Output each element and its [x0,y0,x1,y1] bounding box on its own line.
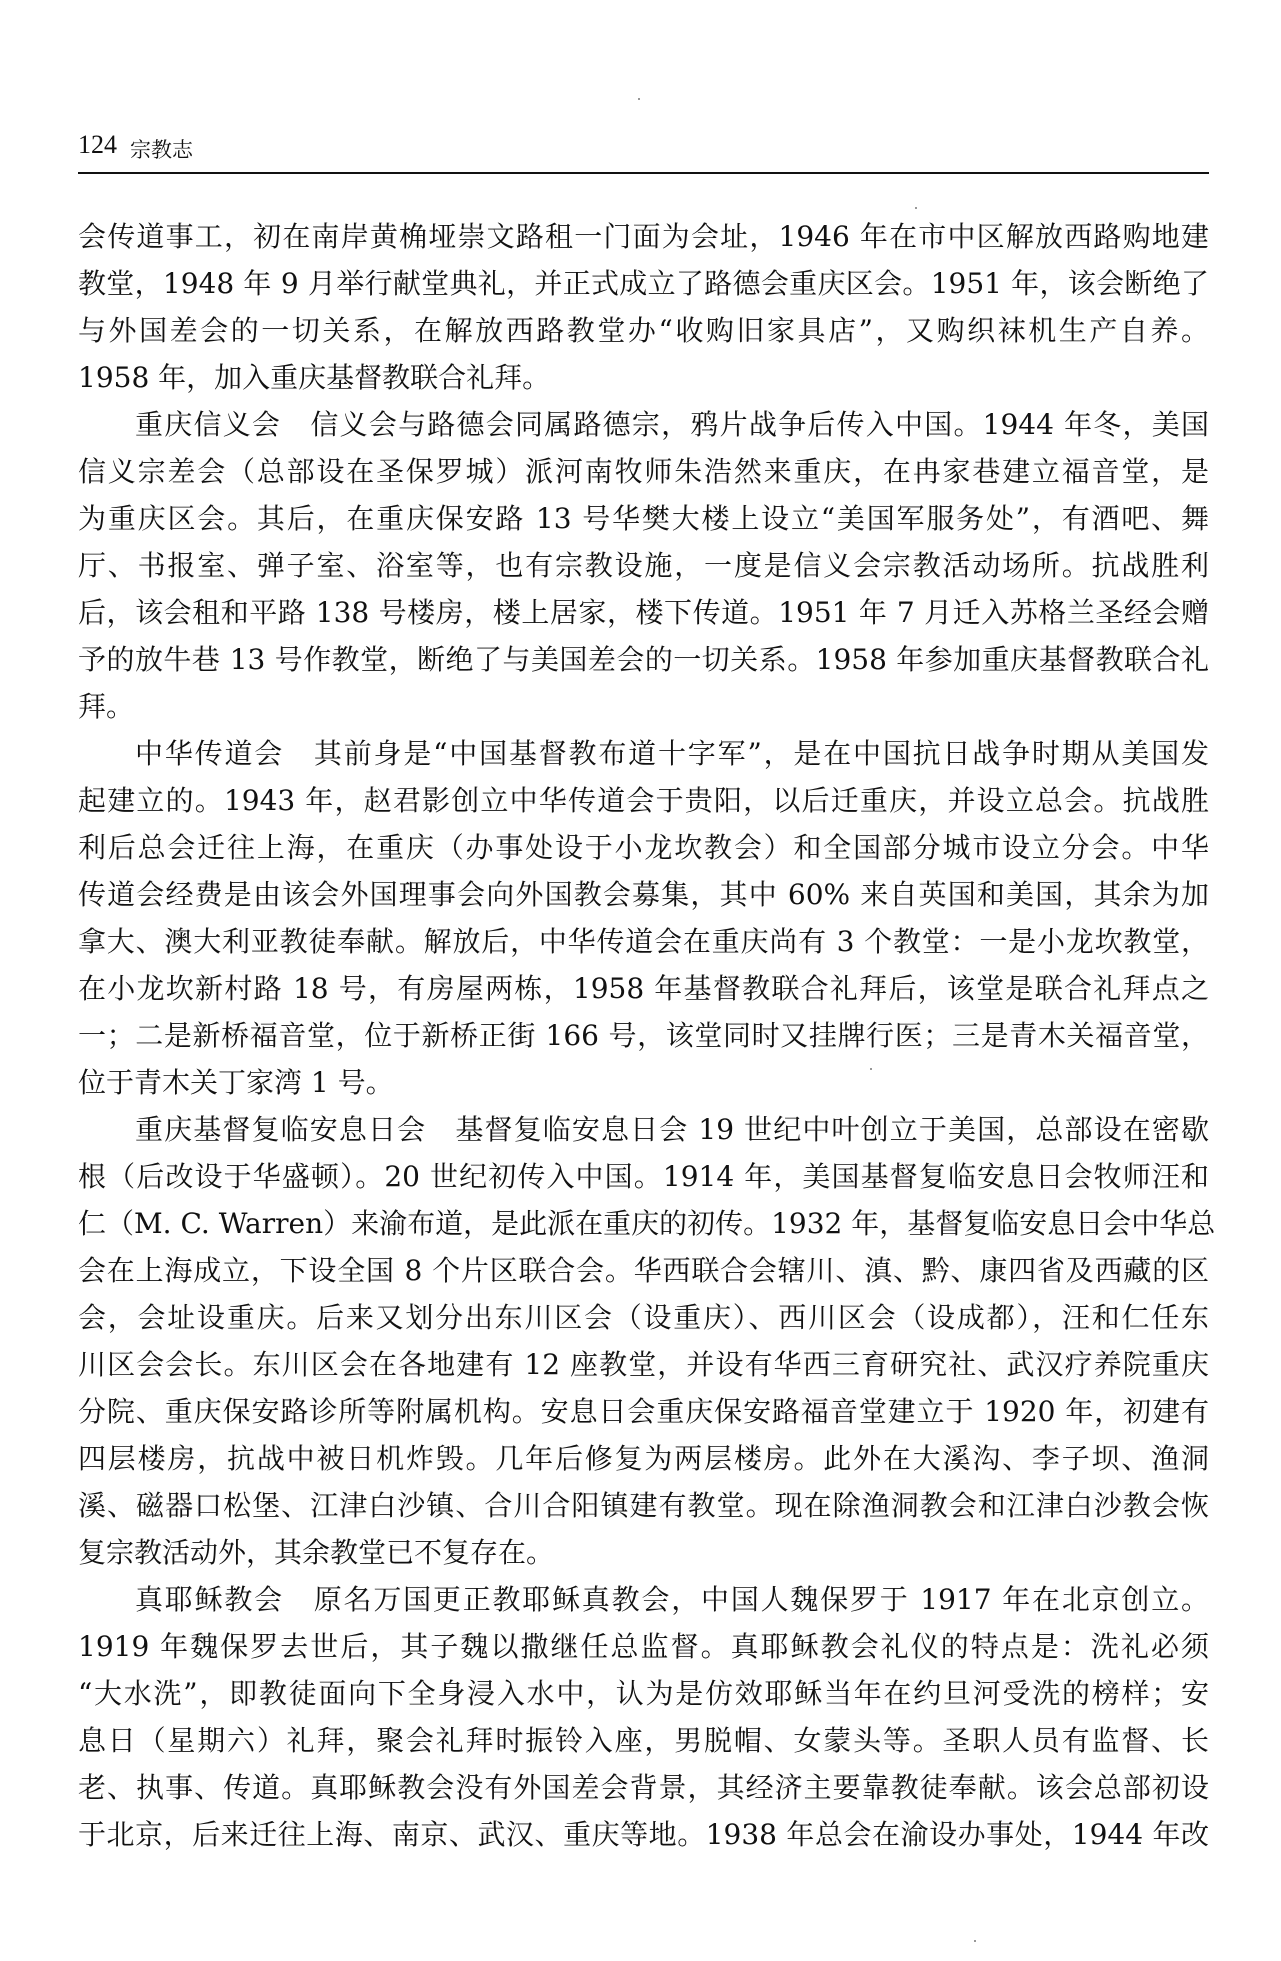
text-line: 息日（星期六）礼拜，聚会礼拜时振铃入座，男脱帽、女蒙头等。圣职人员有监督、长 [78,1717,1209,1764]
text-line: 与外国差会的一切关系，在解放西路教堂办“收购旧家具店”，又购织袜机生产自养。 [78,307,1209,354]
scan-speck [974,1940,976,1942]
scan-speck [915,207,917,209]
text-line: 溪、磁器口松堡、江津白沙镇、合川合阳镇建有教堂。现在除渔洞教会和江津白沙教会恢 [78,1482,1209,1529]
page-header: 124 宗教志 [78,128,1209,174]
text-line: 利后总会迁往上海，在重庆（办事处设于小龙坎教会）和全国部分城市设立分会。中华 [78,824,1209,871]
text-line: 川区会会长。东川区会在各地建有 12 座教堂，并设有华西三育研究社、武汉疗养院重… [78,1341,1209,1388]
text-line: 会传道事工，初在南岸黄桷垭崇文路租一门面为会址，1946 年在市中区解放西路购地… [78,213,1209,260]
text-line: 起建立的。1943 年，赵君影创立中华传道会于贵阳，以后迁重庆，并设立总会。抗战… [78,777,1209,824]
page-number: 124 [78,130,117,160]
running-title: 宗教志 [130,134,193,164]
text-line: 传道会经费是由该会外国理事会向外国教会募集，其中 60% 来自英国和美国，其余为… [78,871,1209,918]
text-line: 厅、书报室、弹子室、浴室等，也有宗教设施，一度是信义会宗教活动场所。抗战胜利 [78,542,1209,589]
text-line: 1919 年魏保罗去世后，其子魏以撒继任总监督。真耶稣教会礼仪的特点是：洗礼必须 [78,1623,1209,1670]
text-line: 真耶稣教会 原名万国更正教耶稣真教会，中国人魏保罗于 1917 年在北京创立。 [78,1576,1209,1623]
paragraph-lutheran-continuation: 会传道事工，初在南岸黄桷垭崇文路租一门面为会址，1946 年在市中区解放西路购地… [78,213,1209,401]
text-line: 会在上海成立，下设全国 8 个片区联合会。华西联合会辖川、滇、黔、康四省及西藏的… [78,1247,1209,1294]
text-line: “大水洗”，即教徒面向下全身浸入水中，认为是仿效耶稣当年在约旦河受洗的榜样；安 [78,1670,1209,1717]
text-line: 分院、重庆保安路诊所等附属机构。安息日会重庆保安路福音堂建立于 1920 年，初… [78,1388,1209,1435]
text-line: 后，该会租和平路 138 号楼房，楼上居家，楼下传道。1951 年 7 月迁入苏… [78,589,1209,636]
text-line: 根（后改设于华盛顿）。20 世纪初传入中国。1914 年，美国基督复临安息日会牧… [78,1153,1209,1200]
text-line: 重庆信义会 信义会与路德会同属路德宗，鸦片战争后传入中国。1944 年冬，美国 [78,401,1209,448]
scan-speck [638,98,640,100]
text-line: 于北京，后来迁往上海、南京、武汉、重庆等地。1938 年总会在渝设办事处，194… [78,1811,1209,1858]
text-line: 1958 年，加入重庆基督教联合礼拜。 [78,354,1209,401]
text-line: 信义宗差会（总部设在圣保罗城）派河南牧师朱浩然来重庆，在冉家巷建立福音堂，是 [78,448,1209,495]
text-line: 复宗教活动外，其余教堂已不复存在。 [78,1529,1209,1576]
text-line: 拜。 [78,683,1209,730]
text-line: 一；二是新桥福音堂，位于新桥正街 166 号，该堂同时又挂牌行医；三是青木关福音… [78,1012,1209,1059]
text-line: 会，会址设重庆。后来又划分出东川区会（设重庆）、西川区会（设成都），汪和仁任东 [78,1294,1209,1341]
text-line: 教堂，1948 年 9 月举行献堂典礼，并正式成立了路德会重庆区会。1951 年… [78,260,1209,307]
paragraph-true-jesus-church: 真耶稣教会 原名万国更正教耶稣真教会，中国人魏保罗于 1917 年在北京创立。 … [78,1576,1209,1858]
text-line: 重庆基督复临安息日会 基督复临安息日会 19 世纪中叶创立于美国，总部设在密歇 [78,1106,1209,1153]
text-line: 在小龙坎新村路 18 号，有房屋两栋，1958 年基督教联合礼拜后，该堂是联合礼… [78,965,1209,1012]
text-line: 位于青木关丁家湾 1 号。 [78,1059,1209,1106]
header-rule [78,172,1209,174]
text-line: 拿大、澳大利亚教徒奉献。解放后，中华传道会在重庆尚有 3 个教堂：一是小龙坎教堂… [78,918,1209,965]
paragraph-zhonghua-chuandao-hui: 中华传道会 其前身是“中国基督教布道十字军”，是在中国抗日战争时期从美国发 起建… [78,730,1209,1106]
body-text: 会传道事工，初在南岸黄桷垭崇文路租一门面为会址，1946 年在市中区解放西路购地… [78,213,1209,1858]
text-line: 老、执事、传道。真耶稣教会没有外国差会背景，其经济主要靠教徒奉献。该会总部初设 [78,1764,1209,1811]
text-line: 中华传道会 其前身是“中国基督教布道十字军”，是在中国抗日战争时期从美国发 [78,730,1209,777]
scan-speck [870,1068,872,1070]
text-line: 四层楼房，抗战中被日机炸毁。几年后修复为两层楼房。此外在大溪沟、李子坝、渔洞 [78,1435,1209,1482]
text-line: 仁（M. C. Warren）来渝布道，是此派在重庆的初传。1932 年，基督复… [78,1200,1209,1247]
paragraph-chongqing-xinyi-hui: 重庆信义会 信义会与路德会同属路德宗，鸦片战争后传入中国。1944 年冬，美国 … [78,401,1209,730]
text-line: 为重庆区会。其后，在重庆保安路 13 号华樊大楼上设立“美国军服务处”，有酒吧、… [78,495,1209,542]
paragraph-seventh-day-adventist: 重庆基督复临安息日会 基督复临安息日会 19 世纪中叶创立于美国，总部设在密歇 … [78,1106,1209,1576]
text-line: 予的放牛巷 13 号作教堂，断绝了与美国差会的一切关系。1958 年参加重庆基督… [78,636,1209,683]
